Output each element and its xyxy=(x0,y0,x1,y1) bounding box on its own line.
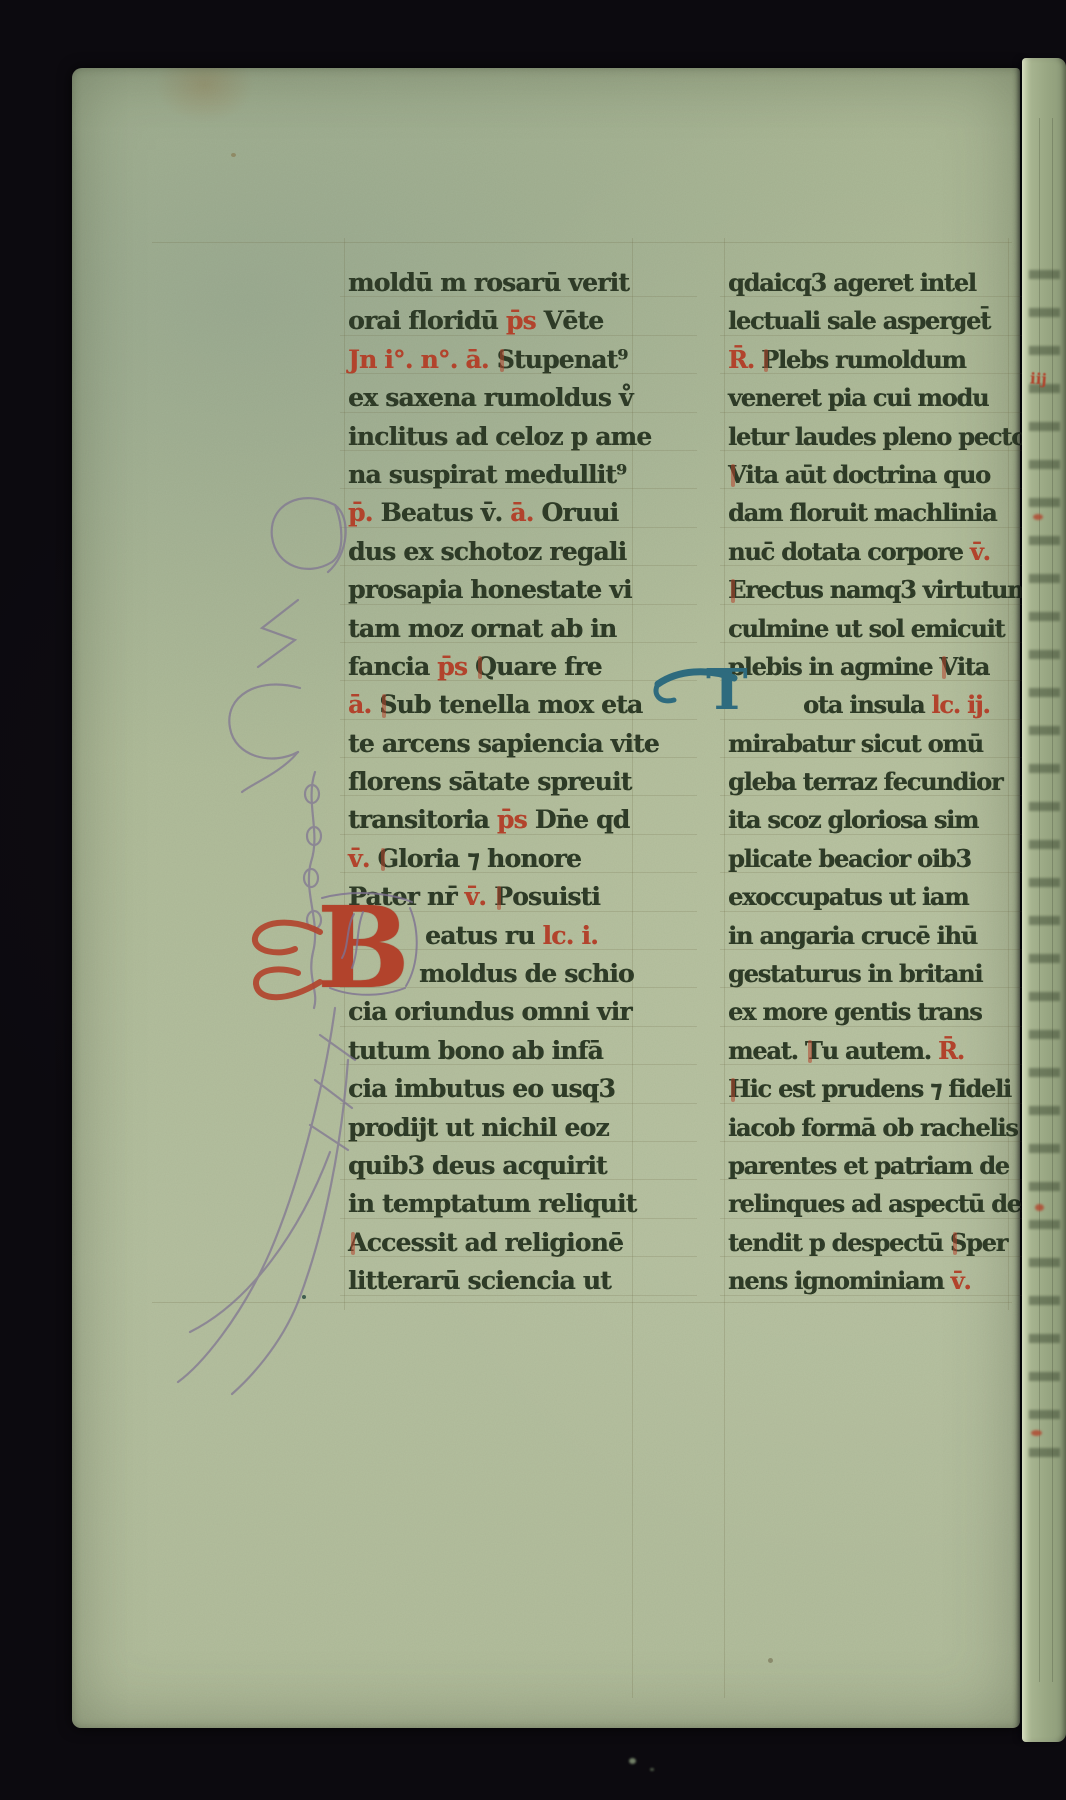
fore-edge-red-mark xyxy=(1033,514,1043,520)
fore-edge-crease xyxy=(1052,118,1053,1682)
text-segment: moldus de schio xyxy=(419,959,634,988)
text-line: tutum bono ab infā xyxy=(348,1032,693,1070)
text-line: ex more gentis trans xyxy=(728,993,1020,1031)
dust-speck xyxy=(629,1758,636,1764)
text-line: ex saxena rumoldus v̊ xyxy=(348,379,693,417)
text-segment: eatus ru xyxy=(425,921,542,950)
text-segment: mirabatur sicut omū xyxy=(728,729,983,758)
text-segment: v̄. xyxy=(970,537,990,566)
fore-edge-red-mark xyxy=(1031,1430,1042,1436)
fore-edge-stack: iij xyxy=(1022,58,1066,1742)
text-line: gestaturus in britani xyxy=(728,955,1020,993)
text-line: nens ignominiam v̄. xyxy=(728,1262,1020,1300)
text-segment: rectus namq3 virtutum xyxy=(745,575,1031,604)
text-line: ā. Sub tenella mox eta xyxy=(348,686,693,724)
text-line: fancia p̄s Quare fre xyxy=(348,648,693,686)
text-segment: plicate beacior oib3 xyxy=(728,844,971,873)
text-segment: S xyxy=(497,341,514,379)
text-segment: transitoria xyxy=(348,805,497,834)
text-segment: ex saxena rumoldus v̊ xyxy=(348,383,633,412)
text-line: orai floridū p̄s Vēte xyxy=(348,302,693,340)
text-line: quib3 deus acquirit xyxy=(348,1147,693,1185)
text-segment: relinques ad aspectū dei xyxy=(728,1189,1029,1218)
text-segment: nuc̄ dotata corpore xyxy=(728,537,970,566)
text-segment: dam floruit machlinia xyxy=(728,498,996,527)
text-line: na suspirat medullit⁹ xyxy=(348,456,693,494)
fore-edge-crease xyxy=(1039,118,1040,1682)
text-segment: ic est prudens ⁊ fideli xyxy=(749,1074,1010,1103)
text-segment: Jn i°. n°. ā. xyxy=(348,345,497,374)
left-text-column: moldū m rosarū veritorai floridū p̄s Vēt… xyxy=(348,264,693,1301)
fore-edge-red-numeral: iij xyxy=(1029,369,1047,388)
text-line: ota insula lc. ij. xyxy=(728,686,1020,724)
text-segment: veneret pia cui modu xyxy=(728,383,988,412)
text-line: Accessit ad religionē xyxy=(348,1224,693,1262)
text-segment: tutum bono ab infā xyxy=(348,1036,603,1065)
text-line: in angaria crucē ihū xyxy=(728,917,1020,955)
text-segment: osuisti xyxy=(512,882,600,911)
text-segment: inclitus ad celoz p ame xyxy=(348,422,651,451)
text-segment: R̄. xyxy=(938,1036,964,1065)
text-segment: E xyxy=(728,571,745,609)
text-segment: Dn̄e qd xyxy=(535,805,630,834)
text-segment: te arcens sapiencia vite xyxy=(348,729,659,758)
text-line: v̄. Gloria ⁊ honore xyxy=(348,840,693,878)
text-segment: A xyxy=(348,1224,367,1262)
text-line: dam floruit machlinia xyxy=(728,494,1020,532)
text-line: Erectus namq3 virtutum xyxy=(728,571,1020,609)
fore-edge-ghost-text xyxy=(1029,270,1060,1485)
text-segment: moldū m rosarū verit xyxy=(348,268,629,297)
text-line: te arcens sapiencia vite xyxy=(348,725,693,763)
text-segment: Q xyxy=(475,648,496,686)
text-line: ita scoz gloriosa sim xyxy=(728,801,1020,839)
text-segment: fancia xyxy=(348,652,437,681)
ruling-top-line xyxy=(152,242,1012,243)
text-segment: litterarū sciencia ut xyxy=(348,1266,611,1295)
stain-speck xyxy=(768,1658,773,1663)
text-segment: nens ignominiam xyxy=(728,1266,951,1295)
text-segment: v̄. xyxy=(348,844,378,873)
text-line: prosapia honestate vi xyxy=(348,571,693,609)
text-segment: lebs rumoldum xyxy=(778,345,966,374)
blue-initial-t: T xyxy=(706,662,748,718)
text-segment: lc. i. xyxy=(542,921,598,950)
text-segment: R̄. xyxy=(728,345,761,374)
text-segment: H xyxy=(728,1070,749,1108)
text-segment: Vēte xyxy=(544,306,604,335)
text-segment: ita scoz gloriosa sim xyxy=(728,805,978,834)
text-line: transitoria p̄s Dn̄e qd xyxy=(348,801,693,839)
ruling-vertical-line xyxy=(724,238,725,1698)
text-segment: ā. xyxy=(510,498,541,527)
stain-speck xyxy=(231,153,236,157)
text-segment: ex more gentis trans xyxy=(728,997,981,1026)
text-segment: lectuali sale asperget̄ xyxy=(728,306,990,335)
text-line: mirabatur sicut omū xyxy=(728,725,1020,763)
text-segment: cia imbutus eo usq3 xyxy=(348,1074,615,1103)
text-segment: S xyxy=(950,1224,966,1262)
text-segment: p̄. xyxy=(348,498,381,527)
text-line: in temptatum reliquit xyxy=(348,1185,693,1223)
text-segment: plebis in agmine xyxy=(728,652,939,681)
text-segment: T xyxy=(805,1032,822,1070)
text-segment: V xyxy=(939,648,956,686)
text-segment: parentes et patriam de xyxy=(728,1151,1009,1180)
text-segment: Beatus v̄. xyxy=(381,498,511,527)
text-line: gleba terraz fecundior xyxy=(728,763,1020,801)
text-line: prodijt ut nichil eoz xyxy=(348,1109,693,1147)
text-segment: tupenat⁹ xyxy=(514,345,628,374)
text-segment: in angaria crucē ihū xyxy=(728,921,977,950)
text-line: R̄. Plebs rumoldum xyxy=(728,341,1020,379)
text-line: dus ex schotoz regali xyxy=(348,533,693,571)
text-segment: orai floridū xyxy=(348,306,506,335)
text-segment: qdaicq3 ageret intel xyxy=(728,268,976,297)
text-line: parentes et patriam de xyxy=(728,1147,1020,1185)
text-segment: ccessit ad religionē xyxy=(367,1228,623,1257)
text-line: relinques ad aspectū dei xyxy=(728,1185,1020,1223)
dust-speck xyxy=(650,1768,654,1771)
manuscript-photo: { "palette": { "background": "#0c0a0f", … xyxy=(0,0,1066,1800)
text-line: moldū m rosarū verit xyxy=(348,264,693,302)
text-segment: letur laudes pleno pectoʳ xyxy=(728,422,1035,451)
text-segment: per xyxy=(966,1228,1007,1257)
text-line: cia imbutus eo usq3 xyxy=(348,1070,693,1108)
text-segment: ub tenella mox eta xyxy=(396,690,642,719)
text-line: florens sātate spreuit xyxy=(348,763,693,801)
text-segment: tendit p despectū xyxy=(728,1228,950,1257)
text-line: veneret pia cui modu xyxy=(728,379,1020,417)
text-segment: prosapia honestate vi xyxy=(348,575,632,604)
text-line: lectuali sale asperget̄ xyxy=(728,302,1020,340)
text-line: iacob formā ob rachelis xyxy=(728,1109,1020,1147)
text-segment: culmine ut sol emicuit xyxy=(728,614,1004,643)
text-segment: P xyxy=(494,878,512,916)
text-segment: gleba terraz fecundior xyxy=(728,767,1002,796)
ruling-bottom-line xyxy=(152,1302,1012,1303)
text-segment: u autem. xyxy=(821,1036,937,1065)
text-segment: p̄s xyxy=(497,805,535,834)
text-segment: tam moz ornat ab in xyxy=(348,614,616,643)
text-line: meat. Tu autem. R̄. xyxy=(728,1032,1020,1070)
text-segment: lc. ij. xyxy=(931,690,989,719)
lombardic-initial-b: B xyxy=(317,893,410,1005)
text-segment: florens sātate spreuit xyxy=(348,767,631,796)
text-segment: ita aūt doctrina quo xyxy=(745,460,989,489)
text-line: culmine ut sol emicuit xyxy=(728,610,1020,648)
text-line: Jn i°. n°. ā. Stupenat⁹ xyxy=(348,341,693,379)
text-segment: na suspirat medullit⁹ xyxy=(348,460,626,489)
text-line: exoccupatus ut iam xyxy=(728,878,1020,916)
right-text-column: qdaicq3 ageret intellectuali sale asperg… xyxy=(728,264,1020,1301)
text-segment: prodijt ut nichil eoz xyxy=(348,1113,609,1142)
text-line: qdaicq3 ageret intel xyxy=(728,264,1020,302)
text-segment: uare fre xyxy=(496,652,602,681)
text-segment: V xyxy=(728,456,745,494)
text-segment: dus ex schotoz regali xyxy=(348,537,626,566)
text-segment: ita xyxy=(957,652,989,681)
text-line: plebis in agmine Vita xyxy=(728,648,1020,686)
text-line: plicate beacior oib3 xyxy=(728,840,1020,878)
ruling-vertical-line xyxy=(344,238,345,1310)
text-segment: iacob formā ob rachelis xyxy=(728,1113,1018,1142)
text-line: letur laudes pleno pectoʳ xyxy=(728,418,1020,456)
text-segment: G xyxy=(378,840,399,878)
text-segment: Oruui xyxy=(541,498,618,527)
text-line: Vita aūt doctrina quo xyxy=(728,456,1020,494)
text-line: tendit p despectū Sper xyxy=(728,1224,1020,1262)
text-segment: exoccupatus ut iam xyxy=(728,882,968,911)
text-line: tam moz ornat ab in xyxy=(348,610,693,648)
text-segment: loria ⁊ honore xyxy=(398,844,581,873)
text-segment: gestaturus in britani xyxy=(728,959,982,988)
fore-edge-red-mark xyxy=(1035,1204,1044,1211)
text-line: p̄. Beatus v̄. ā. Oruui xyxy=(348,494,693,532)
text-segment: v̄. xyxy=(951,1266,971,1295)
text-segment: meat. xyxy=(728,1036,805,1065)
ink-dot xyxy=(302,1295,306,1299)
text-segment: quib3 deus acquirit xyxy=(348,1151,607,1180)
text-line: Hic est prudens ⁊ fideli xyxy=(728,1070,1020,1108)
text-segment: ā. xyxy=(348,690,379,719)
text-segment: p̄s xyxy=(437,652,475,681)
text-line: nuc̄ dotata corpore v̄. xyxy=(728,533,1020,571)
text-segment: p̄s xyxy=(506,306,544,335)
text-line: inclitus ad celoz p ame xyxy=(348,418,693,456)
text-segment: P xyxy=(761,341,778,379)
text-segment: v̄. xyxy=(465,882,495,911)
text-line: litterarū sciencia ut xyxy=(348,1262,693,1300)
text-segment: ota insula xyxy=(803,690,931,719)
text-segment: S xyxy=(379,686,396,724)
text-segment: in temptatum reliquit xyxy=(348,1189,636,1218)
